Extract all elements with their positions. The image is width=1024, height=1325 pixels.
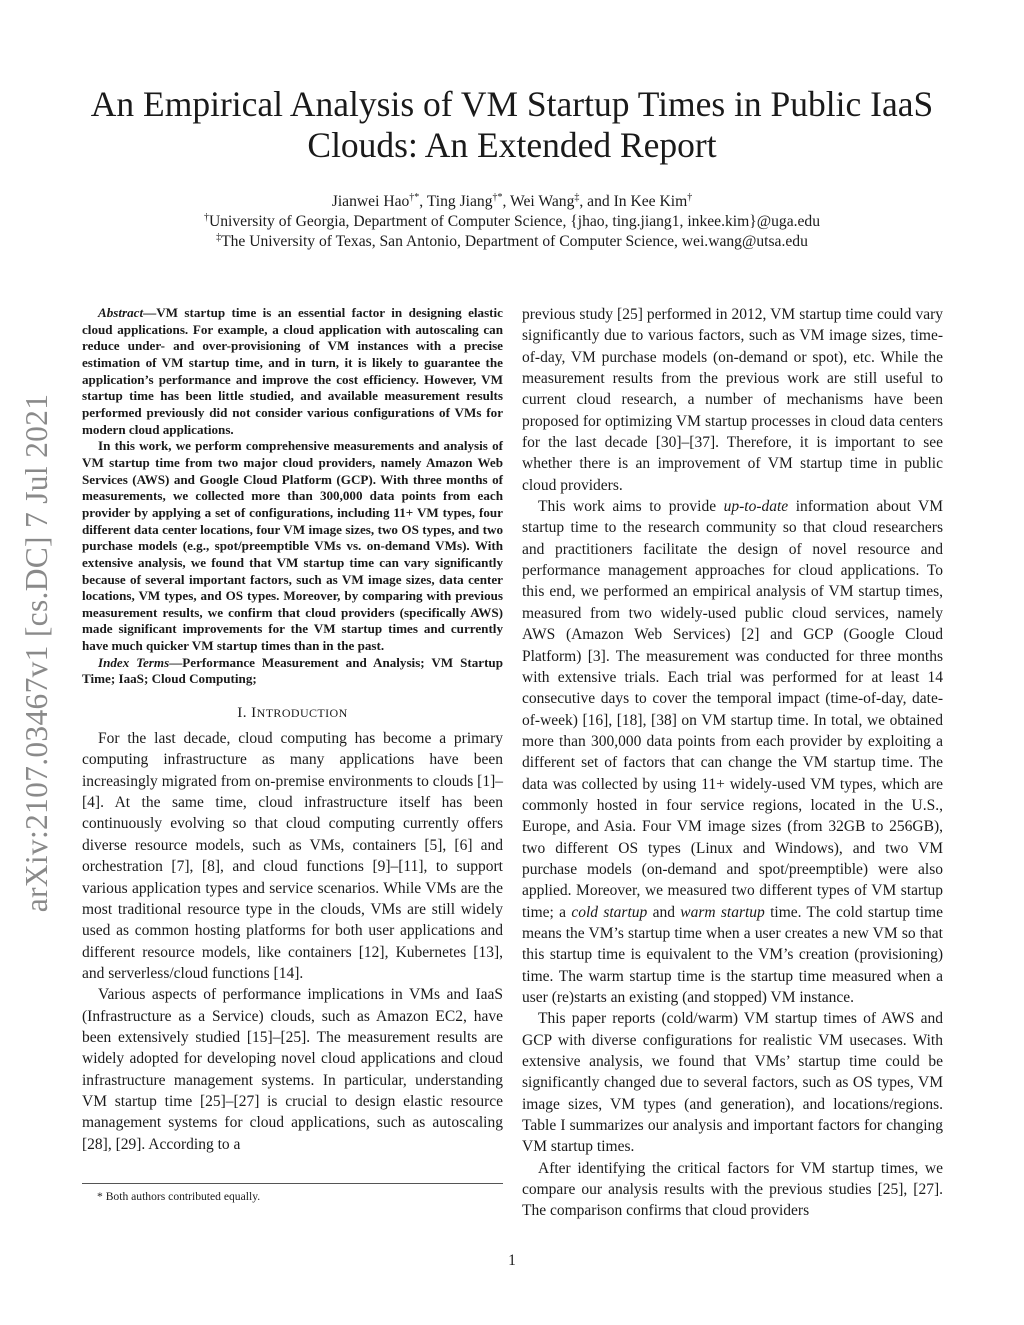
abstract: Abstract—VM startup time is an essential… bbox=[82, 305, 503, 688]
paper-title: An Empirical Analysis of VM Startup Time… bbox=[60, 84, 964, 166]
index-terms-label: Index Terms bbox=[98, 655, 169, 670]
body-paragraph: This paper reports (cold/warm) VM startu… bbox=[522, 1008, 943, 1157]
author-name: In Kee Kim bbox=[614, 193, 688, 210]
author-marks: †* bbox=[409, 192, 419, 203]
body-paragraph: Various aspects of performance implicati… bbox=[82, 984, 503, 1155]
abstract-label: Abstract bbox=[98, 305, 143, 320]
left-column: Abstract—VM startup time is an essential… bbox=[82, 305, 503, 1155]
footnote-divider bbox=[82, 1183, 503, 1184]
abstract-dash: — bbox=[143, 305, 156, 320]
abstract-text-1: VM startup time is an essential factor i… bbox=[82, 305, 503, 437]
text-run: This work aims to provide bbox=[538, 498, 724, 515]
arxiv-identifier-stamp: arXiv:2107.03467v1 [cs.DC] 7 Jul 2021 bbox=[19, 394, 55, 913]
text-run: and bbox=[647, 904, 680, 921]
section-title-rest: NTRODUCTION bbox=[257, 706, 348, 720]
author-list: Jianwei Hao†*, Ting Jiang†*, Wei Wang‡, … bbox=[60, 192, 964, 212]
index-terms: Index Terms—Performance Measurement and … bbox=[82, 655, 503, 688]
author-name: Wei Wang bbox=[510, 193, 574, 210]
author-marks: †* bbox=[493, 192, 503, 203]
footnote: * Both authors contributed equally. bbox=[97, 1189, 260, 1204]
index-terms-dash: — bbox=[169, 655, 182, 670]
introduction-right-text: previous study [25] performed in 2012, V… bbox=[522, 304, 943, 1222]
section-number: I. bbox=[237, 704, 251, 721]
text-run: information about VM startup time to the… bbox=[522, 498, 943, 921]
body-paragraph: For the last decade, cloud computing has… bbox=[82, 728, 503, 984]
affiliation-1: †University of Georgia, Department of Co… bbox=[60, 212, 964, 232]
page-number: 1 bbox=[0, 1252, 1024, 1270]
author-separator: , bbox=[419, 193, 427, 210]
author-separator: , and bbox=[579, 193, 613, 210]
right-column: previous study [25] performed in 2012, V… bbox=[522, 304, 943, 1222]
author-block: Jianwei Hao†*, Ting Jiang†*, Wei Wang‡, … bbox=[60, 192, 964, 252]
emphasis-cold-startup: cold startup bbox=[571, 904, 647, 921]
emphasis-up-to-date: up-to-date bbox=[724, 498, 789, 515]
affiliation-text: University of Georgia, Department of Com… bbox=[209, 213, 820, 230]
body-paragraph: This work aims to provide up-to-date inf… bbox=[522, 496, 943, 1008]
body-paragraph: After identifying the critical factors f… bbox=[522, 1158, 943, 1222]
affiliation-text: The University of Texas, San Antonio, De… bbox=[221, 233, 808, 250]
author-marks: † bbox=[687, 192, 692, 203]
title-line-1: An Empirical Analysis of VM Startup Time… bbox=[60, 84, 964, 125]
author-separator: , bbox=[503, 193, 511, 210]
author-name: Ting Jiang bbox=[427, 193, 493, 210]
emphasis-warm-startup: warm startup bbox=[680, 904, 765, 921]
section-heading-introduction: I. INTRODUCTION bbox=[82, 704, 503, 722]
introduction-left-text: For the last decade, cloud computing has… bbox=[82, 728, 503, 1155]
abstract-paragraph-2: In this work, we perform comprehensive m… bbox=[82, 438, 503, 655]
footnote-text: Both authors contributed equally. bbox=[103, 1190, 260, 1203]
title-line-2: Clouds: An Extended Report bbox=[60, 125, 964, 166]
author-name: Jianwei Hao bbox=[332, 193, 410, 210]
affiliation-2: ‡The University of Texas, San Antonio, D… bbox=[60, 232, 964, 252]
body-paragraph: previous study [25] performed in 2012, V… bbox=[522, 304, 943, 496]
abstract-paragraph-1: Abstract—VM startup time is an essential… bbox=[82, 305, 503, 438]
